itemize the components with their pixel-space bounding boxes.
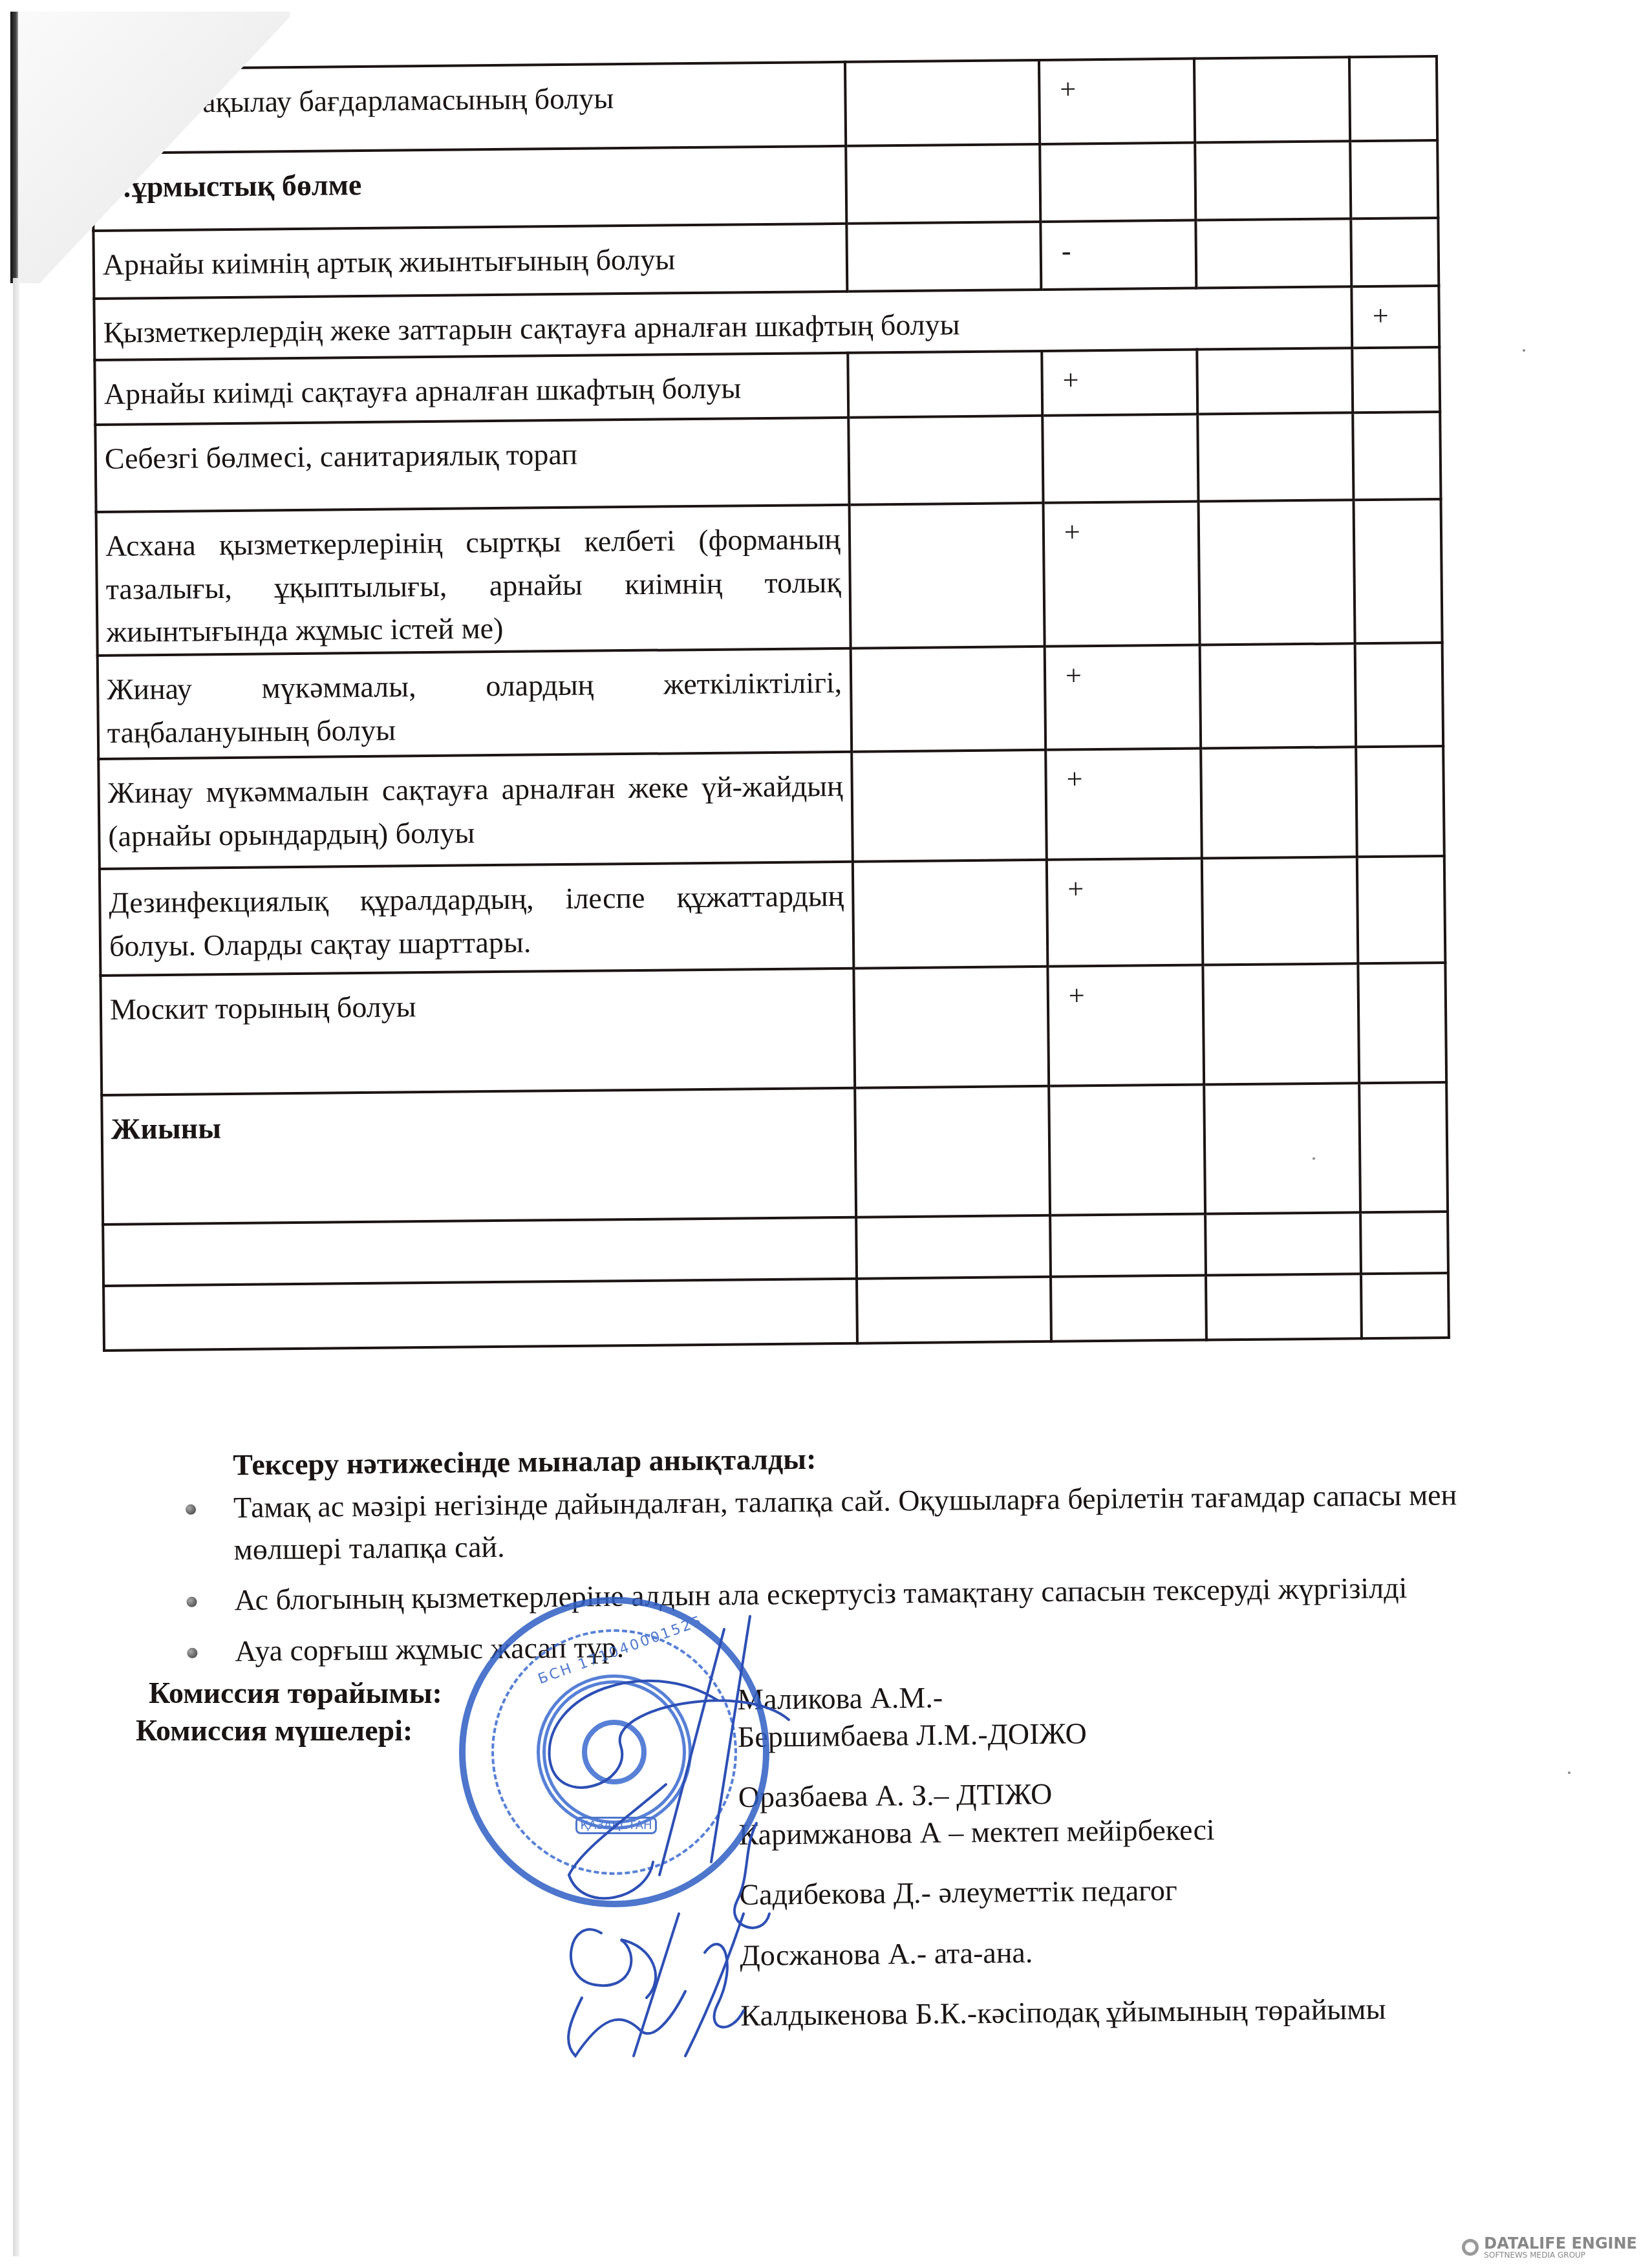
mark-cell — [1353, 412, 1441, 500]
mark-cell: + — [1045, 645, 1201, 750]
row-label: Москит торының болуы — [100, 968, 855, 1095]
row-label: Асхана қызметкерлерінің сыртқы келбеті (… — [96, 505, 851, 656]
mark-cell: + — [1044, 502, 1200, 647]
table-row: Дезинфекциялық құралдардың, ілеспе құжат… — [100, 856, 1445, 976]
row-label: Жинау мүкәммалын сақтауға арналған жеке … — [98, 752, 853, 869]
mark-cell: - — [1040, 220, 1196, 290]
mark-cell — [1357, 856, 1446, 963]
table-row: Арнайы киімді сақтауға арналған шкафтың … — [94, 347, 1440, 425]
scan-speck — [1523, 349, 1525, 352]
row-label: Себезгі бөлмесі, санитариялық торап — [95, 418, 849, 512]
mark-cell — [845, 60, 1040, 146]
table-row: Москит торының болуы+ — [100, 963, 1446, 1095]
mark-cell — [1040, 143, 1195, 222]
emblem-center-icon — [582, 1720, 647, 1784]
commission-member: Досжанова А.- ата-ана. — [740, 1930, 1386, 1974]
mark-cell — [1359, 1082, 1448, 1212]
table-row: Жинау мүкәммалы, олардың жеткіліктілігі,… — [98, 643, 1443, 759]
mark-cell — [1199, 500, 1355, 645]
finding-text: Тамақ ас мәзірі негізінде дайындалған, т… — [233, 1479, 1457, 1566]
mark-cell — [1200, 643, 1356, 748]
mark-cell — [851, 647, 1046, 752]
bullet-icon — [186, 1504, 196, 1515]
bullet-icon — [187, 1647, 197, 1658]
row-label: Арнайы киімнің артық жиынтығының болуы — [93, 224, 847, 299]
findings-section: Тексеру нәтижесінде мыналар анықталды: Т… — [181, 1431, 1541, 1682]
mark-cell — [1204, 1083, 1360, 1214]
commission-member: Оразбаева А. З.– ДТІЖО — [738, 1772, 1384, 1816]
row-label — [103, 1217, 857, 1286]
mark-cell — [1195, 141, 1351, 220]
commission-labels: Комиссия төрайымы: Комиссия мүшелері: — [136, 1674, 442, 1749]
mark-cell — [1355, 643, 1444, 747]
mark-cell: + — [1351, 286, 1439, 348]
mark-cell — [1201, 747, 1357, 858]
mark-cell — [1049, 1085, 1205, 1215]
watermark-title: DATALIFE ENGINE — [1484, 2236, 1637, 2251]
commission-member: Бершимбаева Л.М.-ДОІЖО — [738, 1711, 1384, 1755]
datalife-logo-icon — [1462, 2239, 1479, 2256]
mark-cell — [1202, 857, 1358, 965]
table-row: …ұрмыстық бөлме — [92, 140, 1438, 231]
mark-cell: + — [1042, 350, 1197, 416]
mark-cell — [1358, 963, 1446, 1083]
mark-cell — [1361, 1273, 1449, 1338]
mark-cell — [1050, 1214, 1206, 1277]
row-label: …ұрмыстық бөлме — [92, 146, 846, 231]
mark-cell — [1197, 412, 1353, 501]
mark-cell — [853, 860, 1048, 968]
mark-cell — [1356, 746, 1444, 857]
commission-member: Маликова А.М.- — [737, 1674, 1383, 1718]
mark-cell — [1351, 218, 1439, 286]
mark-cell — [1206, 1274, 1362, 1340]
row-label: Жиыны — [102, 1088, 856, 1225]
table-row: …стік бақылау бағдарламасының болуы+ — [92, 56, 1437, 153]
row-label: Дезинфекциялық құралдардың, ілеспе құжат… — [100, 862, 854, 976]
mark-cell — [848, 416, 1043, 505]
mark-cell — [1203, 963, 1359, 1084]
row-label: Арнайы киімді сақтауға арналған шкафтың … — [94, 353, 848, 425]
mark-cell — [855, 1086, 1050, 1217]
mark-cell — [1349, 56, 1437, 141]
mark-cell — [1195, 219, 1351, 288]
row-label: Жинау мүкәммалы, олардың жеткіліктілігі,… — [98, 648, 852, 759]
scan-speck — [1312, 1157, 1315, 1160]
commission-member: Каримжанова А – мектеп мейірбекесі — [738, 1809, 1384, 1853]
table-row: Себезгі бөлмесі, санитариялық торап — [95, 412, 1441, 512]
mark-cell — [846, 222, 1041, 292]
row-label — [103, 1279, 857, 1351]
mark-cell — [848, 351, 1042, 418]
mark-cell: + — [1047, 965, 1204, 1086]
commission-member: Калдыкенова Б.К.-кәсіподақ ұйымының төра… — [740, 1991, 1386, 2035]
finding-item: Ас блогының қызметкерлеріне алдын ала ес… — [182, 1566, 1541, 1621]
commission-chair-label: Комиссия төрайымы: — [136, 1674, 442, 1712]
mark-cell — [1197, 348, 1353, 414]
mark-cell — [1352, 347, 1440, 412]
inspection-grid: …стік бақылау бағдарламасының болуы+…ұрм… — [91, 55, 1450, 1352]
mark-cell: + — [1039, 59, 1195, 144]
table-row: Жиыны — [102, 1082, 1448, 1225]
finding-item: Ауа сорғыш жұмыс жасап тұр. — [183, 1617, 1541, 1673]
mark-cell — [850, 503, 1045, 648]
watermark: DATALIFE ENGINE SOFTNEWS MEDIA GROUP — [1462, 2236, 1637, 2259]
official-stamp: БСН 171040001525 ҚАЗАҚСТАН — [459, 1597, 769, 1907]
mark-cell — [1051, 1276, 1206, 1342]
commission-members-label: Комиссия мүшелері: — [136, 1712, 442, 1749]
commission-members-list: Маликова А.М.-Бершимбаева Л.М.-ДОІЖО Ора… — [737, 1674, 1386, 2035]
commission-member: Садибекова Д.- әлеуметтік педагог — [739, 1870, 1385, 1914]
scan-page-edge — [13, 278, 19, 2256]
mark-cell — [852, 750, 1047, 862]
stamp-country: ҚАЗАҚСТАН — [575, 1817, 657, 1834]
table-row: Асхана қызметкерлерінің сыртқы келбеті (… — [96, 499, 1442, 656]
findings-list: Тамақ ас мәзірі негізінде дайындалған, т… — [182, 1473, 1541, 1673]
mark-cell: + — [1047, 859, 1203, 967]
mark-cell — [853, 967, 1049, 1088]
table-row: Жинау мүкәммалын сақтауға арналған жеке … — [98, 746, 1444, 869]
mark-cell — [1354, 499, 1442, 643]
finding-item: Тамақ ас мәзірі негізінде дайындалған, т… — [182, 1473, 1540, 1571]
table-row — [103, 1273, 1449, 1351]
scan-speck — [1568, 1771, 1570, 1774]
finding-text: Ас блогының қызметкерлеріне алдын ала ес… — [234, 1571, 1407, 1616]
mark-cell — [856, 1215, 1051, 1279]
mark-cell — [857, 1277, 1051, 1343]
mark-cell — [1360, 1212, 1448, 1274]
mark-cell — [1205, 1212, 1361, 1275]
mark-cell — [1350, 140, 1438, 219]
bullet-icon — [186, 1597, 197, 1607]
row-label: Қызметкерлердің жеке заттарын сақтауға а… — [94, 286, 1352, 360]
mark-cell — [1194, 57, 1350, 142]
mark-cell — [846, 144, 1040, 224]
mark-cell: + — [1045, 749, 1202, 860]
table-row: Арнайы киімнің артық жиынтығының болуы- — [93, 218, 1439, 299]
scan-shadow-edge — [10, 12, 19, 283]
mark-cell — [1042, 414, 1198, 503]
inspection-table: …стік бақылау бағдарламасының болуы+…ұрм… — [91, 55, 1448, 1352]
